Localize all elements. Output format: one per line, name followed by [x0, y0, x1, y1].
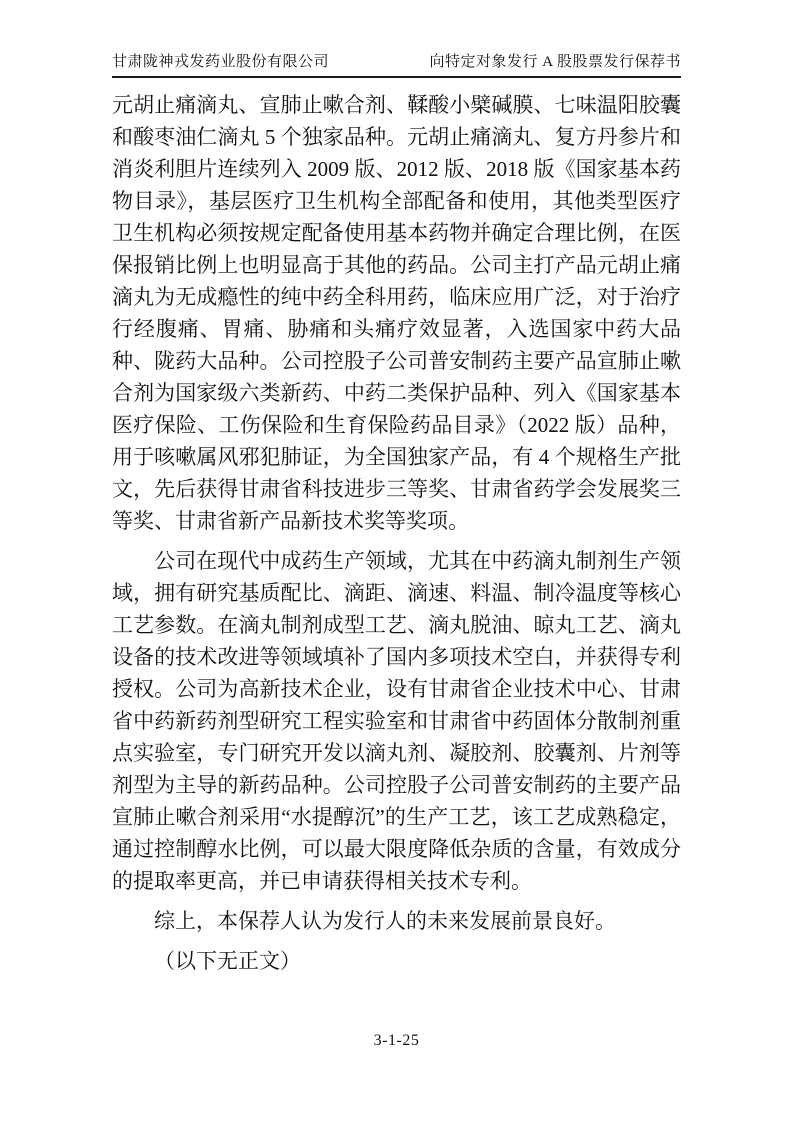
page-number: 3-1-25 [0, 1032, 793, 1050]
paragraph: 综上，本保荐人认为发行人的未来发展前景良好。 [112, 905, 681, 937]
paragraph: 元胡止痛滴丸、宣肺止嗽合剂、鞣酸小檗碱膜、七味温阳胶囊和酸枣油仁滴丸 5 个独家… [112, 89, 681, 537]
page-header: 甘肃陇神戎发药业股份有限公司 向特定对象发行 A 股股票发行保荐书 [112, 50, 681, 78]
paragraph: （以下无正文） [112, 945, 681, 977]
document-page: 甘肃陇神戎发药业股份有限公司 向特定对象发行 A 股股票发行保荐书 元胡止痛滴丸… [0, 0, 793, 1122]
header-doc-title: 向特定对象发行 A 股股票发行保荐书 [429, 50, 681, 71]
document-body: 元胡止痛滴丸、宣肺止嗽合剂、鞣酸小檗碱膜、七味温阳胶囊和酸枣油仁滴丸 5 个独家… [112, 89, 681, 985]
paragraph: 公司在现代中成药生产领域，尤其在中药滴丸制剂生产领域，拥有研究基质配比、滴距、滴… [112, 545, 681, 897]
header-company-name: 甘肃陇神戎发药业股份有限公司 [112, 50, 329, 71]
